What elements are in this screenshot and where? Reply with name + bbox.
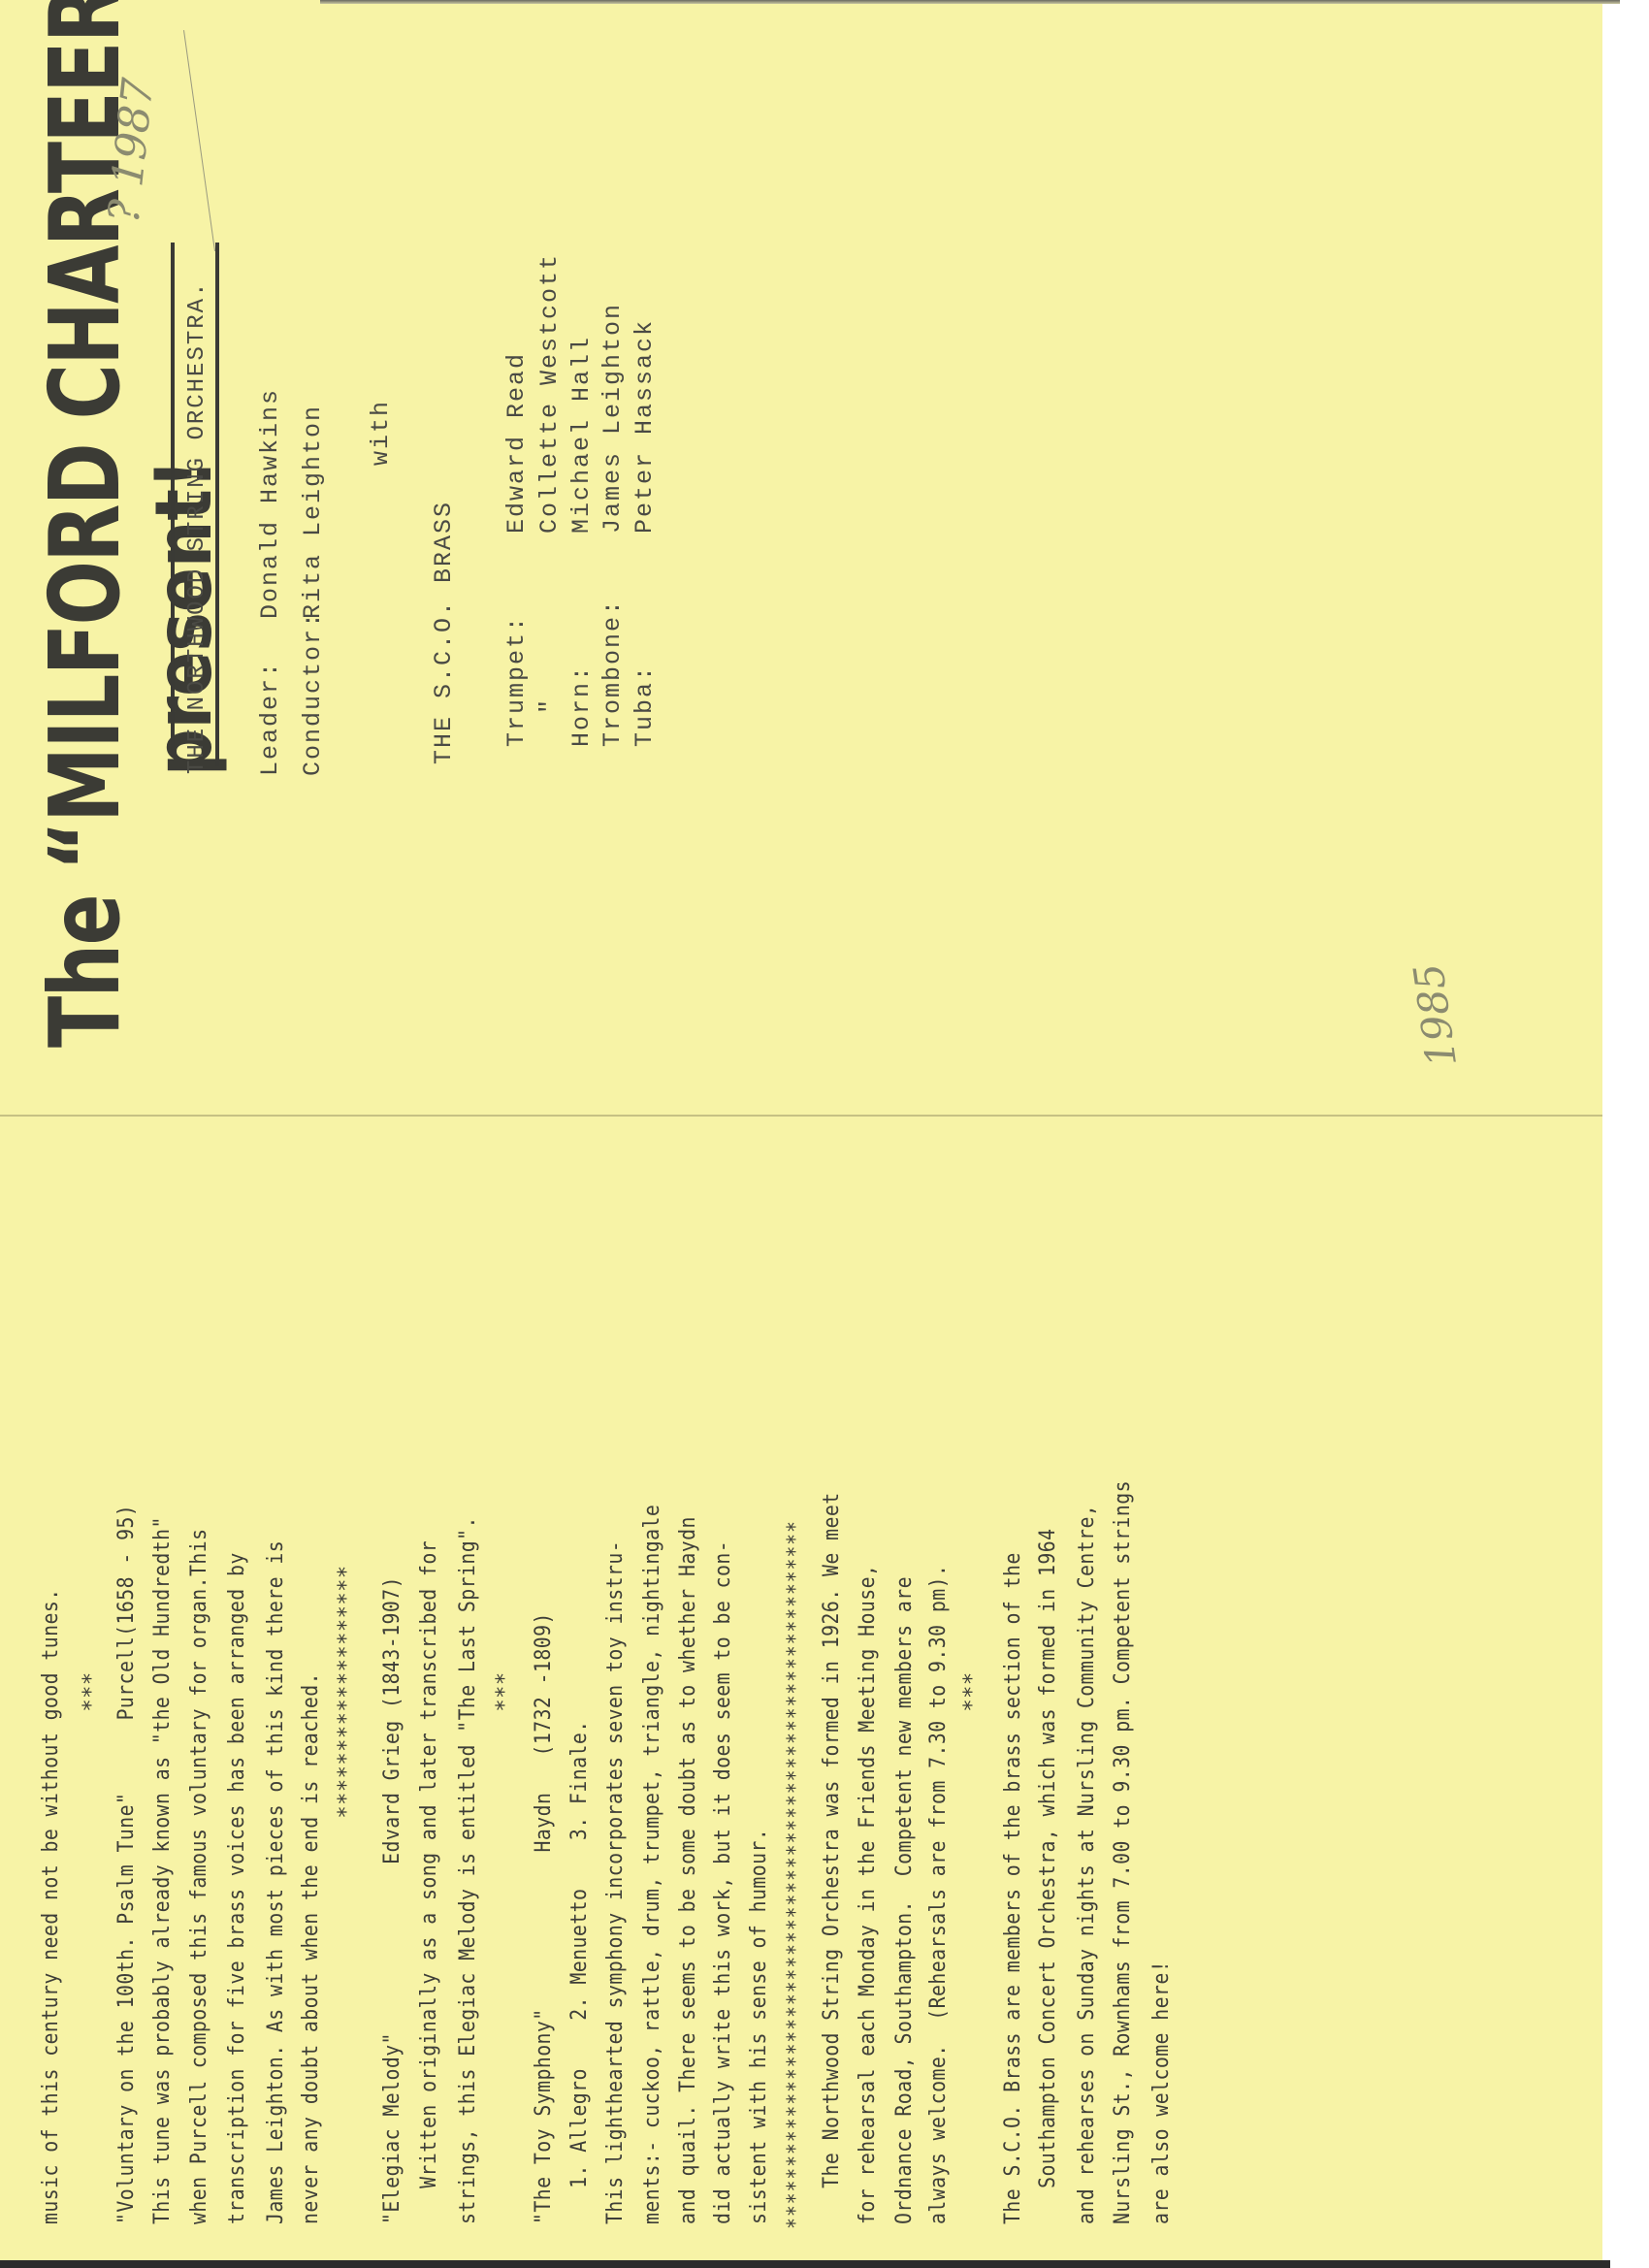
player-name: James Leighton	[598, 303, 627, 534]
notes-line: "The Toy Symphony" Haydn (1732 -1809)	[532, 1612, 556, 2224]
rule-bottom	[215, 243, 219, 766]
player-instrument: Tuba:	[630, 664, 659, 747]
with-text: with	[367, 400, 395, 466]
separator: ***	[960, 1116, 985, 2268]
notes-line: Ordnance Road, Southampton. Competent ne…	[892, 1576, 917, 2224]
player-instrument: Horn:	[567, 664, 596, 747]
player-instrument: "	[535, 697, 564, 714]
conductor-name: Rita Leighton	[299, 405, 327, 619]
rule-top	[171, 243, 175, 757]
leader-label: Leader:	[256, 661, 284, 776]
notes-line: and rehearses on Sunday nights at Nursli…	[1075, 1505, 1099, 2224]
player-name: Collette Westcott	[535, 253, 564, 534]
notes-line: ments:- cuckoo, rattle, drum, trumpet, t…	[640, 1505, 664, 2224]
conductor-label: Conductor:	[299, 611, 327, 776]
separator: ***	[80, 1116, 104, 2268]
player-name: Edward Read	[502, 352, 531, 534]
separator: *******************	[335, 1116, 359, 2268]
brass-name: THE S.C.O. BRASS	[430, 501, 458, 764]
handwritten-underline	[183, 30, 215, 251]
notes-line: music of this century need not be withou…	[39, 1588, 63, 2224]
leader-name: Donald Hawkins	[256, 388, 284, 619]
player-instrument: Trombone:	[598, 599, 627, 747]
notes-line: James Leighton. As with most pieces of t…	[264, 1540, 288, 2224]
separator: ***	[493, 1116, 517, 2268]
notes-line: and quail. There seems to be some doubt …	[676, 1516, 700, 2224]
player-name: Michael Hall	[567, 336, 596, 534]
notes-line: 1. Allegro 2. Menuetto 3. Finale.	[567, 1720, 592, 2224]
notes-line: transcription for five brass voices has …	[225, 1552, 249, 2224]
player-name: Peter Hassack	[630, 319, 659, 534]
orchestra-name: THE NORTHWOOD STRING ORCHESTRA.	[184, 281, 210, 774]
notes-line: when Purcell composed this famous volunt…	[187, 1529, 211, 2224]
notes-line: This lighthearted symphony incorporates …	[603, 1540, 628, 2224]
notes-line: strings, this Elegiac Melody is entitled…	[456, 1516, 480, 2224]
notes-line: sistent with his sense of humour.	[747, 1829, 771, 2224]
notes-line: are also welcome here!	[1149, 1960, 1174, 2224]
notes-line: Southampton Concert Orchestra, which was…	[1036, 1529, 1060, 2224]
notes-line: "Elegiac Melody" Edvard Grieg (1843-1907…	[380, 1576, 404, 2224]
notes-line: Nursling St., Rownhams from 7.00 to 9.30…	[1111, 1480, 1135, 2224]
programme-notes-panel: music of this century need not be withou…	[0, 1116, 1602, 2268]
separator: ****************************************…	[784, 1520, 808, 2229]
notes-line: The Northwood String Orchestra was forme…	[820, 1492, 844, 2224]
cover-panel: The “MILFORD CHARTEERS” present! THE NOR…	[0, 0, 1602, 1116]
notes-line: for rehearsal each Monday in the Friends…	[856, 1565, 880, 2224]
notes-line: Written originally as a song and later t…	[417, 1540, 441, 2224]
player-instrument: Trumpet:	[502, 615, 531, 747]
notes-line: The S.C.O. Brass are members of the bras…	[1001, 1552, 1025, 2224]
notes-line: did actually write this work, but it doe…	[711, 1540, 735, 2224]
notes-line: "Voluntary on the 100th. Psalm Tune" Pur…	[114, 1505, 139, 2224]
notes-line: always welcome. (Rehearsals are from 7.3…	[926, 1565, 951, 2224]
handwritten-year-note: 1985	[1405, 960, 1466, 1070]
notes-line: This tune was probably already known as …	[150, 1516, 175, 2224]
notes-line: never any doubt about when the end is re…	[299, 1672, 323, 2224]
